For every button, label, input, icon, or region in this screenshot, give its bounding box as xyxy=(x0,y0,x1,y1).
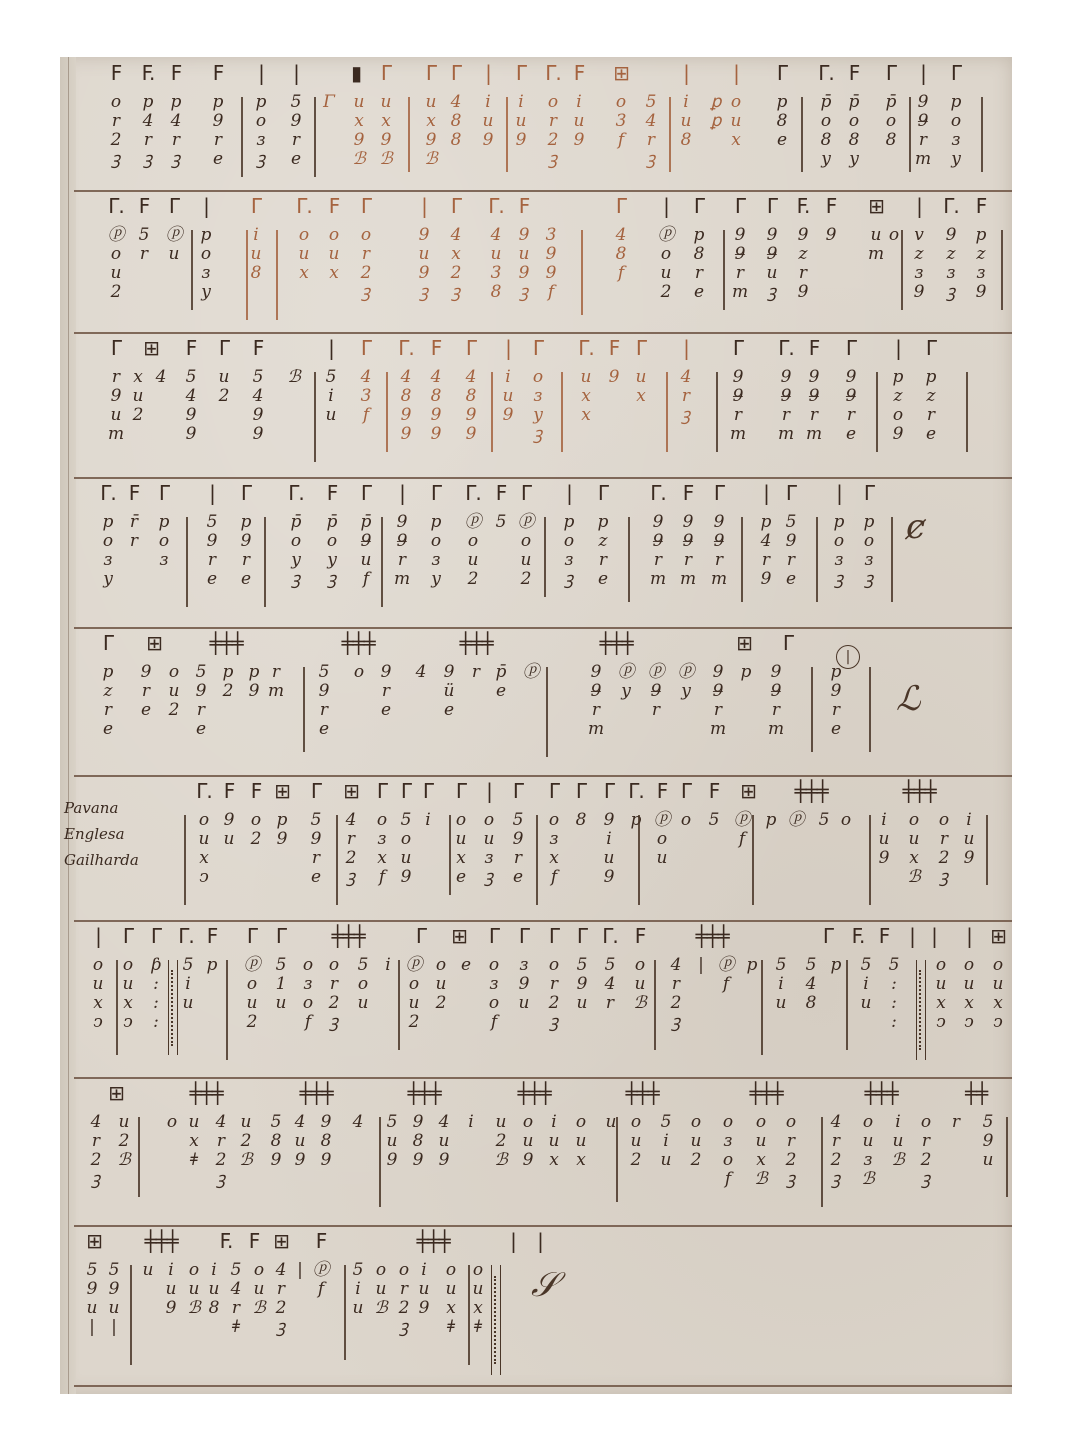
tablature-letter: 4 xyxy=(431,368,442,387)
tablature-letter: o xyxy=(681,811,691,830)
tablature-letter: 5 xyxy=(353,1261,364,1280)
tablature-chord: 5u9 xyxy=(387,1113,398,1170)
tablature-chord: um xyxy=(868,226,884,264)
barline xyxy=(241,97,243,177)
tablature-letter: p xyxy=(976,226,987,245)
tablature-chord: or2ꝫ xyxy=(361,226,372,302)
tablature-letter: r xyxy=(799,264,807,283)
tablature-system-5: Γ⊞╪╪╪╪╪╪╪╪╪╪╪╪⊞Γpzre9reou259rep2p9rm59re… xyxy=(76,627,1006,775)
tablature-letter: v xyxy=(914,226,924,245)
tablature-letter: 9 xyxy=(196,682,207,701)
tablature-chord: ⓟf xyxy=(718,956,735,994)
barline xyxy=(468,1265,470,1365)
barline xyxy=(581,230,583,315)
tablature-letter: 9 xyxy=(604,868,615,887)
tablature-letter: 5 xyxy=(87,1261,98,1280)
tablature-chord: u2ℬ xyxy=(239,1113,252,1170)
barline xyxy=(379,1117,381,1207)
tablature-letter: ɜ xyxy=(534,387,543,406)
tablature-chord: p̄oyꝫ xyxy=(291,513,302,589)
tablature-letter: e xyxy=(786,570,796,589)
tablature-letter: ɜ xyxy=(915,264,924,283)
tablature-letter: f xyxy=(739,830,745,849)
tablature-letter: 8 xyxy=(251,264,262,283)
tablature-letter: 9 xyxy=(207,532,218,551)
rhythm-sign: F. xyxy=(797,194,810,218)
tablature-letter: 9 xyxy=(964,849,975,868)
tablature-chord: 9üe xyxy=(444,663,455,720)
piece-title-margin: Pavana Englesa Gailharda xyxy=(64,795,139,873)
tablature-letter: u xyxy=(251,245,262,264)
tablature-letter: i xyxy=(518,93,523,112)
tablature-letter: ℬ xyxy=(891,1151,904,1170)
tablature-letter: 4 xyxy=(451,226,462,245)
tablature-chord: 4u9 xyxy=(295,1113,306,1170)
tablature-chord: u2ℬ xyxy=(117,1113,130,1170)
tablature-letter: 2 xyxy=(346,849,357,868)
tablature-letter: u xyxy=(166,1280,177,1299)
tablature-letter: 4 xyxy=(401,368,412,387)
tablature-letter: e xyxy=(196,720,206,739)
tablature-letter: m xyxy=(588,720,604,739)
tablature-chord: iu8 xyxy=(251,226,262,283)
tablature-letter: i xyxy=(253,226,258,245)
tablature-letter: 5 xyxy=(319,663,330,682)
tablature-chord: o xyxy=(889,226,899,245)
tablature-letter: p xyxy=(694,226,705,245)
tablature-letter: o xyxy=(834,532,844,551)
tablature-letter: o xyxy=(199,811,209,830)
tablature-letter: ꝫ xyxy=(292,570,301,589)
tablature-letter: x xyxy=(581,406,591,425)
tablature-letter: r xyxy=(272,663,280,682)
tablature-letter: u xyxy=(521,551,532,570)
tablature-letter: u xyxy=(893,1132,904,1151)
tablature-letter: o xyxy=(893,406,903,425)
rhythm-sign: Γ xyxy=(219,336,229,360)
tablature-letter: o xyxy=(993,956,1003,975)
rhythm-sign: ╪╪╪ xyxy=(407,1081,440,1105)
tablature-letter: e xyxy=(291,150,301,169)
tablature-letter: m xyxy=(108,425,124,444)
tablature-letter: 4 xyxy=(171,112,182,131)
tablature-letter: p̄ xyxy=(291,513,302,532)
barline xyxy=(336,815,338,905)
tablature-letter: o xyxy=(291,532,301,551)
rhythm-sign-row: |ΓΓΓ.FΓΓ╪╪╪Γ⊞ΓΓΓΓΓ.F╪╪╪ΓF.F|||⊞ xyxy=(76,924,1006,954)
tablature-letter: ꝫ xyxy=(768,283,777,302)
tablature-chord: ⓟy xyxy=(618,663,635,701)
tablature-letter: e xyxy=(456,868,466,887)
tablature-letter: ℬ xyxy=(494,1151,507,1170)
tablature-chord: ⓟou2 xyxy=(518,513,535,589)
barline xyxy=(638,815,640,905)
tablature-letter: u xyxy=(247,994,258,1013)
tablature-letter: ꝫ xyxy=(549,150,558,169)
tablature-chord: iu9 xyxy=(503,368,514,425)
tablature-letter: 9 xyxy=(609,368,620,387)
tablature-letter: ⓟ xyxy=(788,811,805,830)
tablature-letter: u xyxy=(189,1113,200,1132)
tablature-chord: 59re xyxy=(196,663,207,739)
tablature-chord: or2ꝫ xyxy=(786,1113,797,1189)
barline xyxy=(811,667,813,752)
tablature-letter: p̄ xyxy=(327,513,338,532)
tablature-chord: | xyxy=(297,1261,303,1280)
tablature-letter: y xyxy=(621,682,631,701)
rhythm-sign: Γ xyxy=(604,779,614,803)
tablature-letter: 9 xyxy=(277,830,288,849)
tablature-letter: u xyxy=(983,1151,994,1170)
tablature-letter: ꝫ xyxy=(787,1170,796,1189)
tablature-letter: 9 xyxy=(846,368,857,387)
tablature-letter: r xyxy=(832,701,840,720)
tablature-letter: 9 xyxy=(295,1151,306,1170)
tablature-letter: r xyxy=(652,701,660,720)
rhythm-sign: F xyxy=(879,924,890,948)
tablature-chord: ⓟ xyxy=(523,663,540,682)
tablature-letter: ꝫ xyxy=(534,425,543,444)
tablature-letter: o xyxy=(377,811,387,830)
rhythm-sign: F xyxy=(709,779,720,803)
rhythm-sign: Γ. xyxy=(628,779,644,803)
tablature-letter: u xyxy=(361,551,372,570)
rhythm-sign: Γ xyxy=(276,924,286,948)
barline xyxy=(986,815,988,885)
tablature-chord: p̄oyꝫ xyxy=(327,513,338,589)
barline xyxy=(264,517,266,607)
rhythm-sign: Γ xyxy=(251,194,261,218)
tablature-letter: m xyxy=(732,283,748,302)
barline xyxy=(909,97,911,172)
tablature-letter: 4 xyxy=(353,1113,364,1132)
rhythm-sign: F xyxy=(207,924,218,948)
tablature-letter: ꝫ xyxy=(420,283,429,302)
tablature-chord: iu9 xyxy=(483,93,494,150)
rhythm-sign: ⊞ xyxy=(613,61,629,85)
tablature-chord: 4r2ꝫ xyxy=(216,1113,227,1189)
tablature-letter: p xyxy=(103,513,114,532)
tablature-letter: u xyxy=(123,975,134,994)
tablature-letter: o xyxy=(951,112,961,131)
tablature-letter: 4 xyxy=(361,368,372,387)
tablature-chord: p xyxy=(631,811,642,830)
tablature-letter: 2 xyxy=(399,1299,410,1318)
tablature-chord: p9re xyxy=(213,93,224,169)
tablature-chord: or2ꝫ xyxy=(548,93,559,169)
tablature-letter: r xyxy=(715,551,723,570)
rhythm-sign: ╪╪╪ xyxy=(299,1081,332,1105)
tablature-letter: ℬ xyxy=(633,994,646,1013)
tablature-chord: ⓟf xyxy=(313,1261,330,1299)
rhythm-sign-row: Γ⊞FΓF|ΓΓ.FΓ|ΓΓ.FΓ|ΓΓ.FΓ|Γ xyxy=(76,336,1006,366)
tablature-letter: f xyxy=(618,264,624,283)
tablature-chord: 54rꝫ xyxy=(646,93,657,169)
rhythm-sign: Γ xyxy=(451,194,461,218)
tablature-chord: 4u38 xyxy=(491,226,502,302)
tablature-letter: o xyxy=(576,1113,586,1132)
tablature-letter: 9̶ xyxy=(591,682,602,701)
tablature-chord: ⓟou2 xyxy=(465,513,482,589)
tablature-letter: 8 xyxy=(694,245,705,264)
rhythm-sign: Γ. xyxy=(778,336,794,360)
rhythm-sign: Γ. xyxy=(602,924,618,948)
tablature-chord: iu9 xyxy=(516,93,527,150)
tablature-letter: f xyxy=(551,868,557,887)
tablature-letter: ℬ xyxy=(861,1170,874,1189)
tablature-letter: ↄ xyxy=(199,868,209,887)
tablature-letter: e xyxy=(381,701,391,720)
tablature-letter: ⓟ xyxy=(406,956,423,975)
rhythm-sign: | xyxy=(486,779,492,803)
tablature-chord: p xyxy=(766,811,777,830)
rhythm-sign: F xyxy=(496,481,507,505)
tablature-letter: ⓟ xyxy=(658,226,675,245)
tablature-letter: o xyxy=(93,956,103,975)
tablature-chord: 9iu9 xyxy=(604,811,615,887)
tablature-chord: 4r2ꝫ xyxy=(831,1113,842,1189)
tablature-chord: ou2 xyxy=(169,663,180,720)
tablature-chord: or2ꝫ xyxy=(399,1261,410,1337)
rhythm-sign: Γ xyxy=(431,481,441,505)
tablature-letter: u xyxy=(483,112,494,131)
tablature-letter: p xyxy=(171,93,182,112)
tablature-chord: r xyxy=(472,663,480,682)
tablature-letter: 5 xyxy=(109,1261,120,1280)
tablature-letter: ↄ xyxy=(936,1013,946,1032)
tablature-letter: 2 xyxy=(496,1132,507,1151)
tablature-letter: p xyxy=(951,93,962,112)
rhythm-sign: F xyxy=(329,194,340,218)
tablature-letter: 9 xyxy=(253,406,264,425)
tablature-letter: : xyxy=(891,975,897,994)
tablature-letter: ü xyxy=(444,682,455,701)
tablature-letter: r xyxy=(130,532,138,551)
rhythm-sign: ╪╪╪ xyxy=(144,1229,177,1253)
tablature-system-7: |ΓΓΓ.FΓΓ╪╪╪Γ⊞ΓΓΓΓΓ.F╪╪╪ΓF.F|||⊞ouxↄouxↄƥ… xyxy=(76,920,1006,1077)
tablature-letter: ꝫ xyxy=(330,1013,339,1032)
tablature-letter: 4 xyxy=(451,93,462,112)
rhythm-sign: Γ. xyxy=(108,194,124,218)
tablature-letter: 2 xyxy=(111,283,122,302)
tablature-chord: 9 xyxy=(826,226,837,245)
tablature-letter: o xyxy=(247,975,257,994)
tablature-letter: i xyxy=(328,387,333,406)
tablature-letter: o xyxy=(756,1113,766,1132)
tablature-letter: ꝫ xyxy=(485,868,494,887)
barline xyxy=(801,97,803,172)
tablature-letter: 9 xyxy=(879,849,890,868)
tablature-letter: x xyxy=(964,994,974,1013)
tablature-letter: o xyxy=(167,1113,177,1132)
tablature-letter: y xyxy=(681,682,691,701)
tablature-letter: 9 xyxy=(767,226,778,245)
repeat-sign xyxy=(916,960,926,1060)
tablature-letter: r xyxy=(922,1132,930,1151)
rhythm-sign: Γ xyxy=(151,924,161,948)
tablature-letter: i xyxy=(863,975,868,994)
tablature-letter: 9 xyxy=(271,1151,282,1170)
tablature-letter: p xyxy=(831,956,842,975)
tablature-letter: 8 xyxy=(451,131,462,150)
barline xyxy=(116,960,118,1055)
tablature-letter: u xyxy=(731,112,742,131)
tablature-chord: oɜof xyxy=(489,956,499,1032)
tablature-letter: u xyxy=(964,830,975,849)
tablature-chord: 59u xyxy=(983,1113,994,1170)
tablature-letter: u xyxy=(446,1280,457,1299)
tablature-letter: r xyxy=(142,682,150,701)
tablature-letter: p xyxy=(761,513,772,532)
rhythm-sign: ⊞ xyxy=(990,924,1006,948)
rhythm-sign: Γ. xyxy=(465,481,481,505)
tablature-letter: p xyxy=(256,93,267,112)
tablature-letter: 9̶ xyxy=(771,682,782,701)
tablature-letter: r xyxy=(312,849,320,868)
tablature-letter: p xyxy=(103,663,114,682)
tablature-letter: u xyxy=(358,994,369,1013)
title-line-1: Pavana xyxy=(64,795,139,821)
tablature-letter: f xyxy=(363,406,369,425)
barline xyxy=(1001,230,1003,310)
tablature-letter: 5 xyxy=(983,1113,994,1132)
tablature-letter: p xyxy=(143,93,154,112)
tablature-letter: 3 xyxy=(546,226,557,245)
tablature-chord: 54rǂ xyxy=(231,1261,242,1337)
tablature-letter: i xyxy=(778,975,783,994)
tablature-letter: x xyxy=(636,387,646,406)
rhythm-sign: F xyxy=(249,1229,260,1253)
tablature-letter: o xyxy=(616,93,626,112)
tablature-letter: r xyxy=(208,551,216,570)
tablature-letter: 9 xyxy=(321,1113,332,1132)
tablature-letter: ⓟ xyxy=(244,956,261,975)
tablature-chord: 99̶rm xyxy=(768,663,784,739)
tablature-chord: 989 xyxy=(413,1113,424,1170)
rhythm-sign: F xyxy=(826,194,837,218)
tablature-letter: p xyxy=(777,93,788,112)
tablature-letter: y xyxy=(533,406,543,425)
tablature-letter: 9̶ xyxy=(651,682,662,701)
tablature-letter: 2 xyxy=(548,131,559,150)
tablature-letter: o xyxy=(111,93,121,112)
barline xyxy=(666,372,668,452)
tablature-letter: u xyxy=(606,1113,617,1132)
tablature-letter: 2 xyxy=(409,1013,420,1032)
tablature-letter: 2 xyxy=(451,264,462,283)
tablature-letter: p xyxy=(223,663,234,682)
tablature-letter: u xyxy=(409,994,420,1013)
tablature-letter: u xyxy=(376,1280,387,1299)
tablature-letter: ɜ xyxy=(378,830,387,849)
tablature-chord: ouxℬ xyxy=(907,811,920,887)
tablature-letter: r xyxy=(762,551,770,570)
barline xyxy=(1006,1117,1008,1197)
rhythm-sign: Γ. xyxy=(296,194,312,218)
tablature-chord: ux9ℬ xyxy=(352,93,365,169)
tablature-letter: 9 xyxy=(653,513,664,532)
tablature-chord: p8e xyxy=(777,93,788,150)
tablature-chord: ouɜℬ xyxy=(861,1113,874,1189)
rhythm-sign: Γ xyxy=(549,779,559,803)
tablature-letter: r xyxy=(320,701,328,720)
title-line-3: Gailharda xyxy=(64,847,139,873)
tablature-system-4: Γ.FΓ|ΓΓ.FΓ|ΓΓ.FΓ|ΓΓ.FΓ|Γ|Γpoɜyr̄rpoɜ59re… xyxy=(76,477,1006,627)
tablature-chord: 9zr9 xyxy=(798,226,809,302)
tablature-letter: ꝫ xyxy=(940,868,949,887)
tablature-letter: ℬ xyxy=(187,1299,200,1318)
tablature-letter: 9 xyxy=(771,663,782,682)
tablature-letter: m xyxy=(710,720,726,739)
rhythm-sign: ╪╪╪ xyxy=(625,1081,658,1105)
tablature-letter: u xyxy=(581,368,592,387)
tablature-chord: u xyxy=(606,1113,617,1132)
tablature-letter: 5 xyxy=(271,1113,282,1132)
tablature-letter: ɜ xyxy=(864,1151,873,1170)
tablature-letter: 9 xyxy=(241,532,252,551)
tablature-letter: o xyxy=(549,956,559,975)
tablature-letter: ⓟ xyxy=(166,226,183,245)
tablature-letter: e xyxy=(461,956,471,975)
tablature-letter: u xyxy=(254,1280,265,1299)
tablature-letter: f xyxy=(723,975,729,994)
tablature-letter: o xyxy=(123,956,133,975)
rhythm-sign: Γ xyxy=(169,194,179,218)
tablature-letter: y xyxy=(431,570,441,589)
rhythm-sign: ╪╪╪ xyxy=(189,1081,222,1105)
rhythm-sign: Γ xyxy=(519,924,529,948)
tablature-letter: 2 xyxy=(169,701,180,720)
tablature-chord: 5iu xyxy=(353,1261,364,1318)
rhythm-sign: | xyxy=(328,336,334,360)
tablature-letter: ℬ xyxy=(239,1151,252,1170)
tablature-letter: x xyxy=(199,849,209,868)
tablature-letter: 9 xyxy=(513,830,524,849)
tablature-letter: y xyxy=(951,150,961,169)
tablature-letter: ɜ xyxy=(565,551,574,570)
tablature-letter: o xyxy=(657,830,667,849)
rhythm-sign: F xyxy=(327,481,338,505)
barline xyxy=(616,1117,618,1202)
rhythm-sign: F xyxy=(129,481,140,505)
rhythm-sign: | xyxy=(733,61,739,85)
tablature-chord: 5::: xyxy=(889,956,900,1032)
tablature-chord: 59re xyxy=(291,93,302,169)
tablature-chord: ouxↄ xyxy=(93,956,104,1032)
tablature-system-8: ⊞╪╪╪╪╪╪╪╪╪╪╪╪╪╪╪╪╪╪╪╪╪╪╪4r2ꝫu2ℬouxǂ4r2ꝫu… xyxy=(76,1077,1006,1225)
rhythm-sign: Γ xyxy=(521,481,531,505)
tablature-chord: 5r xyxy=(139,226,150,264)
tablature-letter: 5 xyxy=(387,1113,398,1132)
tablature-letter: ↄ xyxy=(993,1013,1003,1032)
tablature-chord: 548 xyxy=(806,956,817,1013)
tablature-letter: r xyxy=(606,994,614,1013)
tablature-letter: r xyxy=(714,701,722,720)
tablature-letter: 9 xyxy=(914,283,925,302)
tablature-chord: oɜyꝫ xyxy=(533,368,543,444)
tablature-chord: ouℬ xyxy=(633,956,646,1013)
tablature-letter: r xyxy=(362,245,370,264)
rhythm-sign: ╪╪╪ xyxy=(864,1081,897,1105)
tablature-chord: | xyxy=(698,956,704,975)
rhythm-sign: | xyxy=(485,61,491,85)
tablature-letter: r xyxy=(242,551,250,570)
tablature-chord: p xyxy=(831,956,842,975)
rhythm-sign: ⊞ xyxy=(274,779,290,803)
tablature-letter: u xyxy=(241,1113,252,1132)
tablature-chord: iu9 xyxy=(419,1261,430,1318)
tablature-letter: z xyxy=(894,387,903,406)
